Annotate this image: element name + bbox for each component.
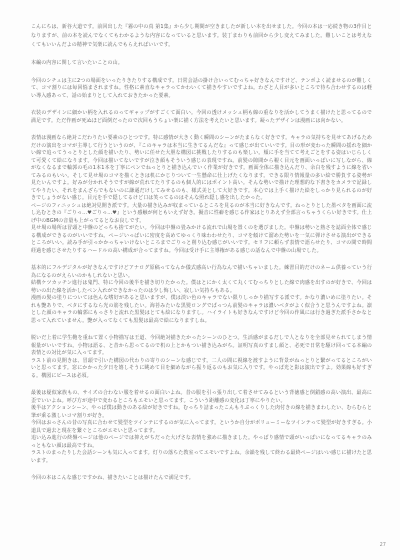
paragraph-group-closing: 今回の本はこんな感じですかね、描きたいことは描けたんで満足です。: [31, 475, 372, 483]
paragraph-group-main-block: 表情は漫画なら絶対こだわりたい要素のひとつです。特に感情が大きく動く瞬間のシーン…: [31, 135, 372, 255]
paragraph-group-intro: こんにちは、新谷大道です。前回出した『霧の中の真 第1集』から少し期間が空きまし…: [31, 23, 372, 50]
afterword-page: こんにちは、新谷大道です。前回出した『霧の中の真 第1集』から少し期間が空きまし…: [0, 0, 400, 560]
section-lead-line: 本編の内容に関して言いたいことの山。: [31, 60, 372, 68]
page-number: 27: [380, 542, 386, 548]
paragraph-group-scene-block: 脱いだ上着に学生鞄を重ねて置く小物描写は王道、今回絶対描きたかったシーンのひとつ…: [31, 335, 372, 380]
paragraph: 結構ケツカッチン進行は鬼門、特に今回の後半を描き切りたかった。僕はとにかく太くて…: [31, 280, 372, 295]
paragraph: ページのフィニッシュは絶対見開き派です。大量の描き込みが収まっているところを見る…: [31, 203, 372, 226]
paragraph-group-middle-block: 基本的にフルデジタルが好きなんですけどアナログ原稿ってなんか儀式感高い行為なんで…: [31, 265, 372, 325]
paragraph: ラスト前の見開きは、冒頭で引いた構図の代わりの寄りのシーンな感じです。二人の間に…: [31, 358, 372, 381]
paragraph: 今回はおっさんの昔の写真に合わせて髪型をツインテにするのが気に入ってます。という…: [31, 420, 372, 435]
closing-line: 今回の本はこんな感じですかね、描きたいことは描けたんで満足です。: [31, 475, 372, 483]
paragraph: 表情は漫画なら絶対こだわりたい要素のひとつです。特に感情が大きく動く瞬間のシーン…: [31, 135, 372, 203]
paragraph: 今回のシチュは主に2つの場面をいったりきたりする構成です。日常会話の掛け合いって…: [31, 78, 372, 101]
paragraph: 追い込み進行の終盤ページは他のページでは抑えがちだった大げさな表情を強めに描きま…: [31, 435, 372, 450]
paragraph: 漫画の髪の塗りについては色んな嗜好があると思いますが、僕は淡い色のキャラでない限…: [31, 295, 372, 325]
text-column: こんにちは、新谷大道です。前回出した『霧の中の真 第1集』から少し期間が空きまし…: [31, 23, 372, 493]
paragraph-group-design: 衣装のデザインに細かい柄を入れるのってギャップがすごくて面白い。今回の透けメッシ…: [31, 110, 372, 125]
paragraph: 衣装のデザインに細かい柄を入れるのってギャップがすごくて面白い。今回の透けメッシ…: [31, 110, 372, 125]
paragraph: こんにちは、新谷大道です。前回出した『霧の中の真 第1集』から少し期間が空きまし…: [31, 23, 372, 50]
paragraph-group-situation: 今回のシチュは主に2つの場面をいったりきたりする構成です。日常会話の掛け合いって…: [31, 78, 372, 101]
paragraph: 脱いだ上着に学生鞄を重ねて置く小物描写は王道、今回絶対描きたかったシーンのひとつ…: [31, 335, 372, 358]
paragraph: 基本的にフルデジタルが好きなんですけどアナログ原稿ってなんか儀式感高い行為なんで…: [31, 265, 372, 280]
paragraph-group-heading: 本編の内容に関して言いたいことの山。: [31, 60, 372, 68]
paragraph: 見せ場の場所は冒頭と中盤のどっちも捨てがたい。今回は中盤の畳みかける流れで山場を…: [31, 225, 372, 255]
paragraph: 後半はアクションシーン、やっぱ僕は動きのある絵が好きですね。むっちり詰まったこん…: [31, 405, 372, 420]
paragraph: ラストのまったりした会話シーンも気に入ってます。灯りの落ちた教室ってエモいですよ…: [31, 450, 372, 465]
paragraph: 最後は疑似家族もの、サイズの合わない服を着せるの面白いよね。昔の服を引っ張り出し…: [31, 390, 372, 405]
paragraph-group-final-block: 最後は疑似家族もの、サイズの合わない服を着せるの面白いよね。昔の服を引っ張り出し…: [31, 390, 372, 465]
